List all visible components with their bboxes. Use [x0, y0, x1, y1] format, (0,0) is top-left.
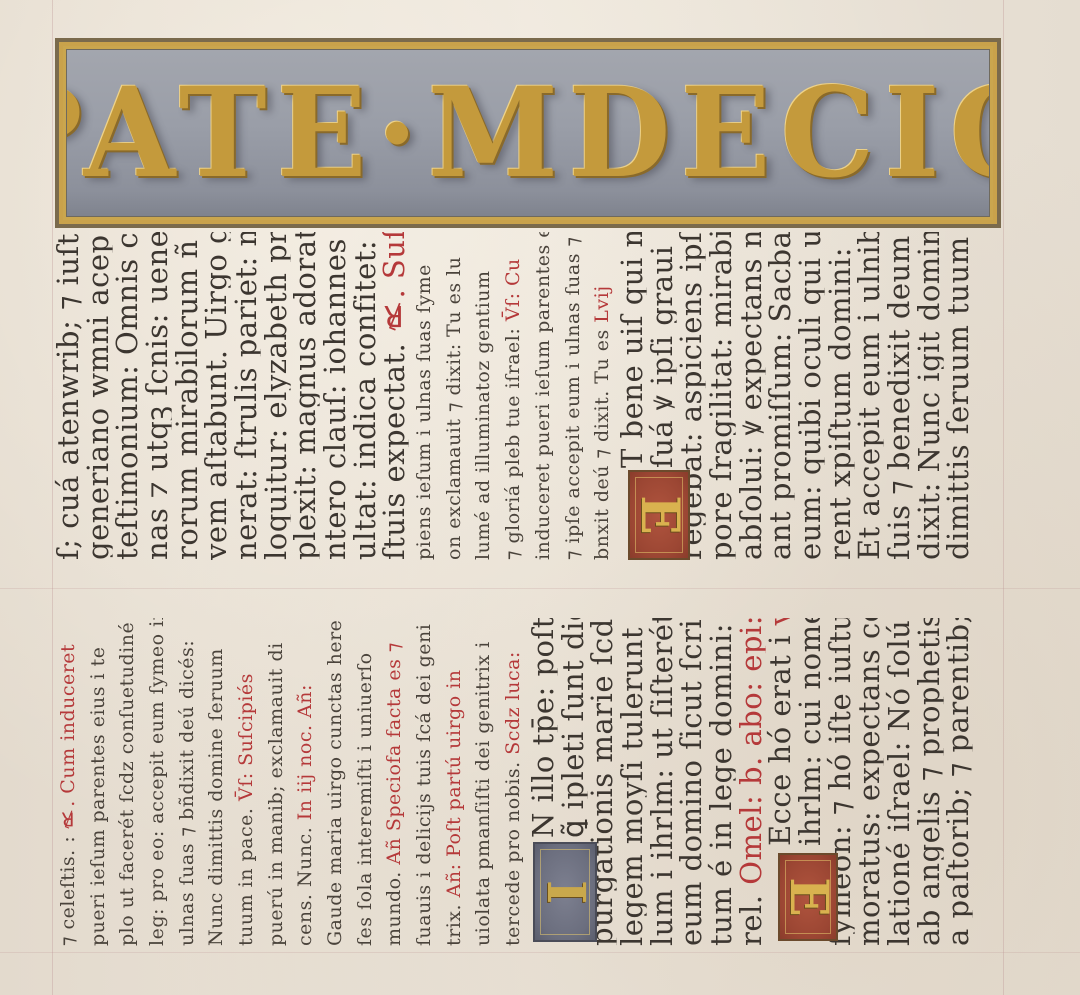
text-line: a paſtorib; ⁊ parentib;: [945, 618, 973, 946]
rubric-text: V̄ſ: Cu: [502, 258, 524, 321]
top-text-block: ſ; cuá atenwrib; ⁊ iuſtgeneriano wmni ac…: [55, 232, 975, 562]
line-text: ſuá ꝟ ipſi graui: [649, 246, 677, 468]
line-text: piens ieſum i ulnas ſuas ſyme: [413, 264, 435, 560]
banner-gold-frame: PATE·MDECIO: [59, 42, 997, 224]
line-text: ant promiſſum: Sacbat: [767, 232, 795, 560]
illuminated-initial-blue: I: [533, 842, 597, 942]
text-line: plo ut facerét ſcdz conſuetudiné: [114, 618, 142, 946]
ruling-line-middle: [0, 588, 1080, 589]
rubric-text: Añ Speciofa facta es ⁊: [383, 642, 405, 864]
text-line: tuum in pace. V̄ſ: Suſcipiés: [233, 618, 261, 946]
text-line: mundo. Añ Speciofa facta es ⁊: [381, 618, 409, 946]
line-text: ihrlm: cui nomé: [797, 618, 825, 846]
line-text: leg: pro eo: accepit eum ſymeo in: [146, 618, 168, 946]
line-text: ab angelis ⁊ prophetis: [916, 618, 944, 946]
text-line: moratus: expectans conſo: [856, 618, 884, 946]
text-line: lumé ad illuminatoz gentium: [470, 232, 498, 560]
text-line: eum domino ſicut ſcrip: [678, 618, 706, 946]
text-line: eum: quibi oculi qui uite: [797, 232, 825, 560]
text-line: N illo tp̄e: poſtq̃: [530, 618, 558, 838]
text-line: pore ſragilitat: mirabilis: [708, 232, 736, 560]
line-text: tercede pro nobis.: [502, 761, 524, 946]
line-text: rorum mirabilorum ñ: [174, 239, 202, 560]
line-text: Ecce hó erat i: [767, 635, 795, 846]
rubric-text: In iij noc. Añ:: [294, 684, 316, 820]
line-text: ſuauis i delicijs tuis ſcá dei geni: [413, 624, 435, 946]
line-text: pueri ieſum parentes eius i te: [87, 646, 109, 946]
line-text: puerú in manib; exclamauit di: [265, 642, 287, 946]
text-line: ⁊ ipſe accepit eum i ulnas ſuas ⁊: [560, 232, 588, 560]
line-text: N illo tp̄e: poſtq̃: [530, 618, 558, 838]
text-line: bnxit deú ⁊ dixit. Tu es Lvij: [589, 232, 617, 560]
text-line: on exclamauit ⁊ dixit: Tu es lu: [441, 232, 469, 560]
text-line: ſuis ⁊ benedixit deum et: [886, 232, 914, 560]
line-text: teſtimonium: Omnis c: [114, 232, 142, 560]
text-line: ihrlm: cui nomé: [797, 618, 825, 846]
rubric-text: Omel: b. abo: epi: ꝛ: [738, 618, 766, 885]
initial-letter: E: [633, 495, 685, 535]
text-line: piens ieſum i ulnas ſuas ſyme: [411, 232, 439, 560]
text-line: leg: pro eo: accepit eum ſymeo in: [144, 618, 172, 946]
line-text: ꝗ̃ ipleti ſunt dies: [560, 618, 588, 838]
text-line: ultat: indica confitet: in: [352, 232, 380, 560]
line-text: ſuis ⁊ benedixit deum et: [886, 232, 914, 560]
text-line: ulnas ſuas ⁊ bñdixit deú dicés:: [174, 618, 202, 946]
line-text: bnxit deú ⁊ dixit. Tu es: [591, 329, 613, 560]
line-text: loquitur: elyzabeth pro: [263, 232, 291, 560]
initial-letter: E: [782, 877, 834, 917]
line-text: generiano wmni acep: [85, 234, 113, 560]
text-line: lum i ihrlm: ut ſiſterét: [649, 618, 677, 946]
line-text: ⁊ celeſtis. :: [57, 836, 79, 946]
text-line: abſolui: ꝟ expectans n: [738, 232, 766, 560]
line-text: on exclamauit ⁊ dixit: Tu es lu: [443, 257, 465, 560]
text-line: rorum mirabilorum ñ: [174, 232, 202, 560]
illuminated-initial-red-top: E: [628, 470, 690, 560]
line-text: ultat: indica confitet: in: [352, 232, 380, 560]
ruling-line-left: [52, 0, 53, 995]
text-line: dixit: Nunc igit dominé: [916, 232, 944, 560]
line-text: uiolata pmanſiſti dei genitrix i: [472, 641, 494, 946]
line-text: lum i ihrlm: ut ſiſterét: [649, 618, 677, 946]
line-text: T bene uiſ̃ qui nó: [619, 232, 647, 468]
line-text: ⁊ ipſe accepit eum i ulnas ſuas ⁊: [562, 237, 584, 560]
text-line: generiano wmni acep: [85, 232, 113, 560]
line-text: eum domino ſicut ſcrip: [678, 618, 706, 946]
text-line: vem aſtabunt. Uirgo g: [203, 232, 231, 560]
rubric-text: Scdz luca:: [502, 651, 524, 755]
line-text: plo ut facerét ſcdz conſuetudiné: [116, 622, 138, 946]
rubric-text: V̄ſ: Suſcipiés: [235, 673, 257, 801]
line-text: Et accepit eum i ulnib: [856, 232, 884, 560]
text-line: Et accepit eum i ulnib: [856, 232, 884, 560]
text-line: trix. Añ: Poſt partú uirgo in: [441, 618, 469, 946]
text-line: Gaude maria uirgo cunctas here: [322, 618, 350, 946]
text-line: ſ; cuá atenwrib; ⁊ iuſt: [55, 232, 83, 560]
line-text: ntero clauſ: iohannes c: [322, 232, 350, 560]
initial-letter: I: [539, 880, 591, 904]
text-line: induceret pueri ieſum parentes ei: [530, 232, 558, 560]
line-text: eum: quibi oculi qui uite: [797, 232, 825, 560]
text-line: rel. Omel: b. abo: epi: ꝛ: [738, 618, 766, 946]
text-line: loquitur: elyzabeth pro: [263, 232, 291, 560]
line-text: tum é in lege domini: Et: [708, 618, 736, 946]
line-text: ſ; cuá atenwrib; ⁊ iuſt: [55, 233, 83, 560]
text-line: Ecce hó erat i viij: [767, 618, 795, 846]
text-line: teſtimonium: Omnis c: [114, 232, 142, 560]
text-line: ⁊ gloriá pleb tue iſrael: V̄ſ: Cu: [500, 232, 528, 560]
text-line: tum é in lege domini: Et: [708, 618, 736, 946]
text-line: Nunc dimittis domine ſeruum: [203, 618, 231, 946]
text-line: rent xpiſtum domini:: [827, 232, 855, 560]
ruling-line-bottom: [0, 952, 1080, 953]
line-text: cens. Nunc.: [294, 827, 316, 946]
text-line: tercede pro nobis. Scdz luca:: [500, 618, 528, 946]
rubric-text: viij: [767, 618, 795, 625]
text-line: ꝗ̃ ipleti ſunt dies: [560, 618, 588, 838]
text-line: ſuauis i delicijs tuis ſcá dei geni: [411, 618, 439, 946]
line-text: dixit: Nunc igit dominé: [916, 232, 944, 560]
line-text: ſtuis expectat.: [381, 343, 409, 560]
line-text: rel.: [738, 894, 766, 946]
text-line: ant promiſſum: Sacbat: [767, 232, 795, 560]
line-text: ulnas ſuas ⁊ bñdixit deú dicés:: [176, 640, 198, 946]
line-text: abſolui: ꝟ expectans n: [738, 232, 766, 560]
text-line: nerat: ſtrulis pariet: mite: [233, 232, 261, 560]
line-text: nerat: ſtrulis pariet: mite: [233, 232, 261, 560]
line-text: pore ſragilitat: mirabilis: [708, 232, 736, 560]
text-line: legem moyſi tulerunt il: [619, 618, 647, 946]
line-text: ſes ſola interemiſti i uniuerſo: [354, 652, 376, 946]
rubric-text: ℟. Cum induceret: [57, 644, 79, 829]
line-text: a paſtorib; ⁊ parentib;: [945, 618, 973, 946]
line-text: induceret pueri ieſum parentes ei: [532, 232, 554, 560]
text-line: dimittis ſeruum tuum in: [945, 232, 973, 560]
line-text: vem aſtabunt. Uirgo g: [203, 232, 231, 560]
line-text: mundo.: [383, 871, 405, 946]
line-text: lumé ad illuminatoz gentium: [472, 270, 494, 560]
ruling-line-right: [1003, 0, 1004, 995]
text-line: ab angelis ⁊ prophetis: [916, 618, 944, 946]
text-line: ſuá ꝟ ipſi graui: [649, 232, 677, 468]
text-line: ntero clauſ: iohannes c: [322, 232, 350, 560]
text-line: lationé iſrael: Nó ſolú: [886, 618, 914, 946]
text-line: uiolata pmanſiſti dei genitrix i: [470, 618, 498, 946]
rubric-text: ℟. Suſa: [381, 232, 409, 333]
line-text: ⁊ gloriá pleb tue iſrael:: [502, 328, 524, 560]
text-line: ⁊ celeſtis. : ℟. Cum induceret: [55, 618, 83, 946]
text-line: pueri ieſum parentes eius i te: [85, 618, 113, 946]
line-text: dimittis ſeruum tuum in: [945, 232, 973, 560]
text-line: puerú in manib; exclamauit di: [263, 618, 291, 946]
text-line: ſes ſola interemiſti i uniuerſo: [352, 618, 380, 946]
line-text: rent xpiſtum domini:: [827, 247, 855, 560]
illuminated-initial-red-bottom: E: [778, 853, 838, 941]
line-text: trix.: [443, 904, 465, 946]
text-line: ſtuis expectat. ℟. Suſa: [381, 232, 409, 560]
text-line: plexit: magnus adorati: [292, 232, 320, 560]
rubric-text: Añ: Poſt partú uirgo in: [443, 669, 465, 897]
rubric-text: Lvij: [591, 285, 613, 322]
text-line: T bene uiſ̃ qui nó: [619, 232, 647, 468]
text-line: nas ⁊ utqꝫ ſcnis: uenen: [144, 232, 172, 560]
banner-grey-field: PATE·MDECIO: [66, 49, 990, 217]
line-text: plexit: magnus adorati: [292, 232, 320, 560]
line-text: Gaude maria uirgo cunctas here: [324, 620, 346, 946]
line-text: Nunc dimittis domine ſeruum: [205, 648, 227, 946]
line-text: moratus: expectans conſo: [856, 618, 884, 946]
line-text: legem moyſi tulerunt il: [619, 618, 647, 946]
line-text: nas ⁊ utqꝫ ſcnis: uenen: [144, 232, 172, 560]
line-text: lationé iſrael: Nó ſolú: [886, 620, 914, 946]
illuminated-title-banner: PATE·MDECIO: [55, 38, 1001, 228]
line-text: tuum in pace.: [235, 808, 257, 946]
banner-title: PATE·MDECIO: [66, 71, 990, 195]
text-line: cens. Nunc. In iij noc. Añ:: [292, 618, 320, 946]
